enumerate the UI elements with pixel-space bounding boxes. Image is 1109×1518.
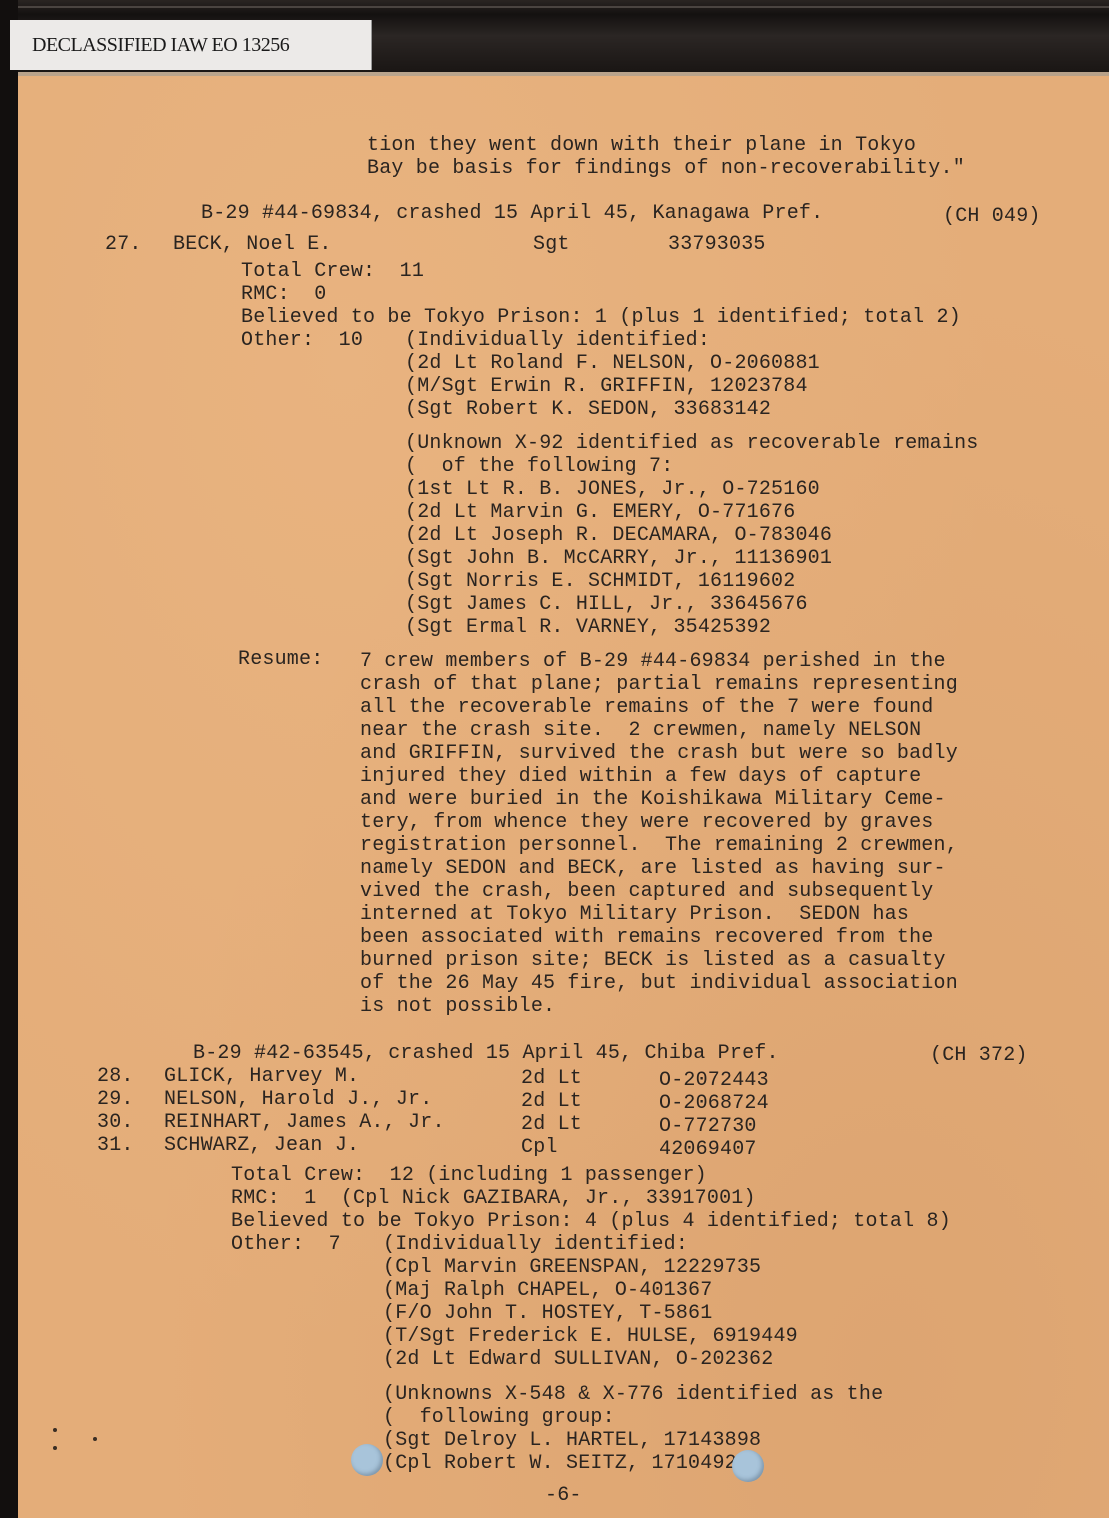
entry-rank: 2d Lt <box>521 1090 582 1113</box>
unknown-line: (Cpl Robert W. SEITZ, 17104929 <box>383 1452 749 1475</box>
entry-rank: Sgt <box>533 233 570 256</box>
resume-line: injured they died within a few days of c… <box>360 765 921 788</box>
resume-line: all the recoverable remains of the 7 wer… <box>360 696 934 719</box>
other-line: (2d Lt Roland F. NELSON, O-2060881 <box>405 352 820 375</box>
unknown-line: (2d Lt Joseph R. DECAMARA, O-783046 <box>405 524 832 547</box>
other-line: (Maj Ralph CHAPEL, O-401367 <box>383 1279 712 1302</box>
punch-hole <box>732 1450 764 1482</box>
entry-rank: 2d Lt <box>521 1067 582 1090</box>
entry-name: NELSON, Harold J., Jr. <box>164 1088 432 1111</box>
case-number: (CH 049) <box>943 205 1041 228</box>
entry-number: 28. <box>97 1065 134 1088</box>
continuation-line: Bay be basis for findings of non-recover… <box>367 157 965 180</box>
rmc: RMC: 1 (Cpl Nick GAZIBARA, Jr., 33917001… <box>231 1187 756 1210</box>
entry-serial: O-2072443 <box>659 1069 769 1092</box>
unknown-line: (1st Lt R. B. JONES, Jr., O-725160 <box>405 478 820 501</box>
unknown-line: (Sgt Delroy L. HARTEL, 17143898 <box>383 1429 761 1452</box>
resume-line: and were buried in the Koishikawa Milita… <box>360 788 946 811</box>
unknown-line: ( following group: <box>383 1406 615 1429</box>
other-line: (Sgt Robert K. SEDON, 33683142 <box>405 398 771 421</box>
entry-rank: 2d Lt <box>521 1113 582 1136</box>
speck <box>53 1446 57 1450</box>
resume-line: namely SEDON and BECK, are listed as hav… <box>360 857 946 880</box>
resume-line: near the crash site. 2 crewmen, namely N… <box>360 719 921 742</box>
other-line: (T/Sgt Frederick E. HULSE, 6919449 <box>383 1325 798 1348</box>
entry-number: 27. <box>105 233 142 256</box>
speck <box>93 1437 97 1441</box>
page-number: -6- <box>545 1484 582 1507</box>
continuation-line: tion they went down with their plane in … <box>367 134 916 157</box>
entry-name: BECK, Noel E. <box>173 233 332 256</box>
other-label: Other: 7 <box>231 1233 341 1256</box>
document-page: tion they went down with their plane in … <box>18 72 1109 1518</box>
unknown-line: (Sgt Ermal R. VARNEY, 35425392 <box>405 616 771 639</box>
other-line: (F/O John T. HOSTEY, T-5861 <box>383 1302 712 1325</box>
declassified-stamp: DECLASSIFIED IAW EO 13256 <box>10 20 372 70</box>
page-edge <box>18 72 1109 76</box>
unknown-line: (Sgt Norris E. SCHMIDT, 16119602 <box>405 570 795 593</box>
other-line: (2d Lt Edward SULLIVAN, O-202362 <box>383 1348 773 1371</box>
resume-label: Resume: <box>238 648 323 671</box>
entry-serial: O-772730 <box>659 1115 757 1138</box>
entry-name: REINHART, James A., Jr. <box>164 1111 445 1134</box>
unknown-line: (2d Lt Marvin G. EMERY, O-771676 <box>405 501 795 524</box>
resume-line: crash of that plane; partial remains rep… <box>360 673 958 696</box>
resume-line: of the 26 May 45 fire, but individual as… <box>360 972 958 995</box>
speck <box>53 1428 57 1432</box>
unknown-line: (Unknowns X-548 & X-776 identified as th… <box>383 1383 883 1406</box>
other-line: (Individually identified: <box>383 1233 688 1256</box>
total-crew: Total Crew: 11 <box>241 260 424 283</box>
entry-number: 30. <box>97 1111 134 1134</box>
entry-serial: O-2068724 <box>659 1092 769 1115</box>
resume-line: vived the crash, been captured and subse… <box>360 880 934 903</box>
unknown-line: (Sgt John B. McCARRY, Jr., 11136901 <box>405 547 832 570</box>
rmc: RMC: 0 <box>241 283 326 306</box>
other-line: (M/Sgt Erwin R. GRIFFIN, 12023784 <box>405 375 808 398</box>
resume-line: registration personnel. The remaining 2 … <box>360 834 958 857</box>
other-label: Other: 10 <box>241 329 363 352</box>
punch-hole <box>351 1444 383 1476</box>
entry-number: 31. <box>97 1134 134 1157</box>
believed-tokyo-prison: Believed to be Tokyo Prison: 1 (plus 1 i… <box>241 306 961 329</box>
entry-name: GLICK, Harvey M. <box>164 1065 359 1088</box>
resume-line: 7 crew members of B-29 #44-69834 perishe… <box>360 650 946 673</box>
resume-line: been associated with remains recovered f… <box>360 926 934 949</box>
scanner-left-edge <box>0 0 18 1518</box>
incident-header: B-29 #44-69834, crashed 15 April 45, Kan… <box>201 202 823 225</box>
incident-header: B-29 #42-63545, crashed 15 April 45, Chi… <box>193 1042 779 1065</box>
believed-tokyo-prison: Believed to be Tokyo Prison: 4 (plus 4 i… <box>231 1210 951 1233</box>
unknown-line: ( of the following 7: <box>405 455 673 478</box>
total-crew: Total Crew: 12 (including 1 passenger) <box>231 1164 707 1187</box>
case-number: (CH 372) <box>930 1044 1028 1067</box>
entry-name: SCHWARZ, Jean J. <box>164 1134 359 1157</box>
resume-line: is not possible. <box>360 995 555 1018</box>
resume-line: tery, from whence they were recovered by… <box>360 811 934 834</box>
entry-number: 29. <box>97 1088 134 1111</box>
resume-line: interned at Tokyo Military Prison. SEDON… <box>360 903 909 926</box>
entry-serial: 42069407 <box>659 1138 757 1161</box>
unknown-line: (Unknown X-92 identified as recoverable … <box>405 432 979 455</box>
other-line: (Individually identified: <box>405 329 710 352</box>
resume-line: and GRIFFIN, survived the crash but were… <box>360 742 958 765</box>
entry-rank: Cpl <box>521 1136 558 1159</box>
other-line: (Cpl Marvin GREENSPAN, 12229735 <box>383 1256 761 1279</box>
unknown-line: (Sgt James C. HILL, Jr., 33645676 <box>405 593 808 616</box>
entry-serial: 33793035 <box>668 233 766 256</box>
resume-line: burned prison site; BECK is listed as a … <box>360 949 946 972</box>
